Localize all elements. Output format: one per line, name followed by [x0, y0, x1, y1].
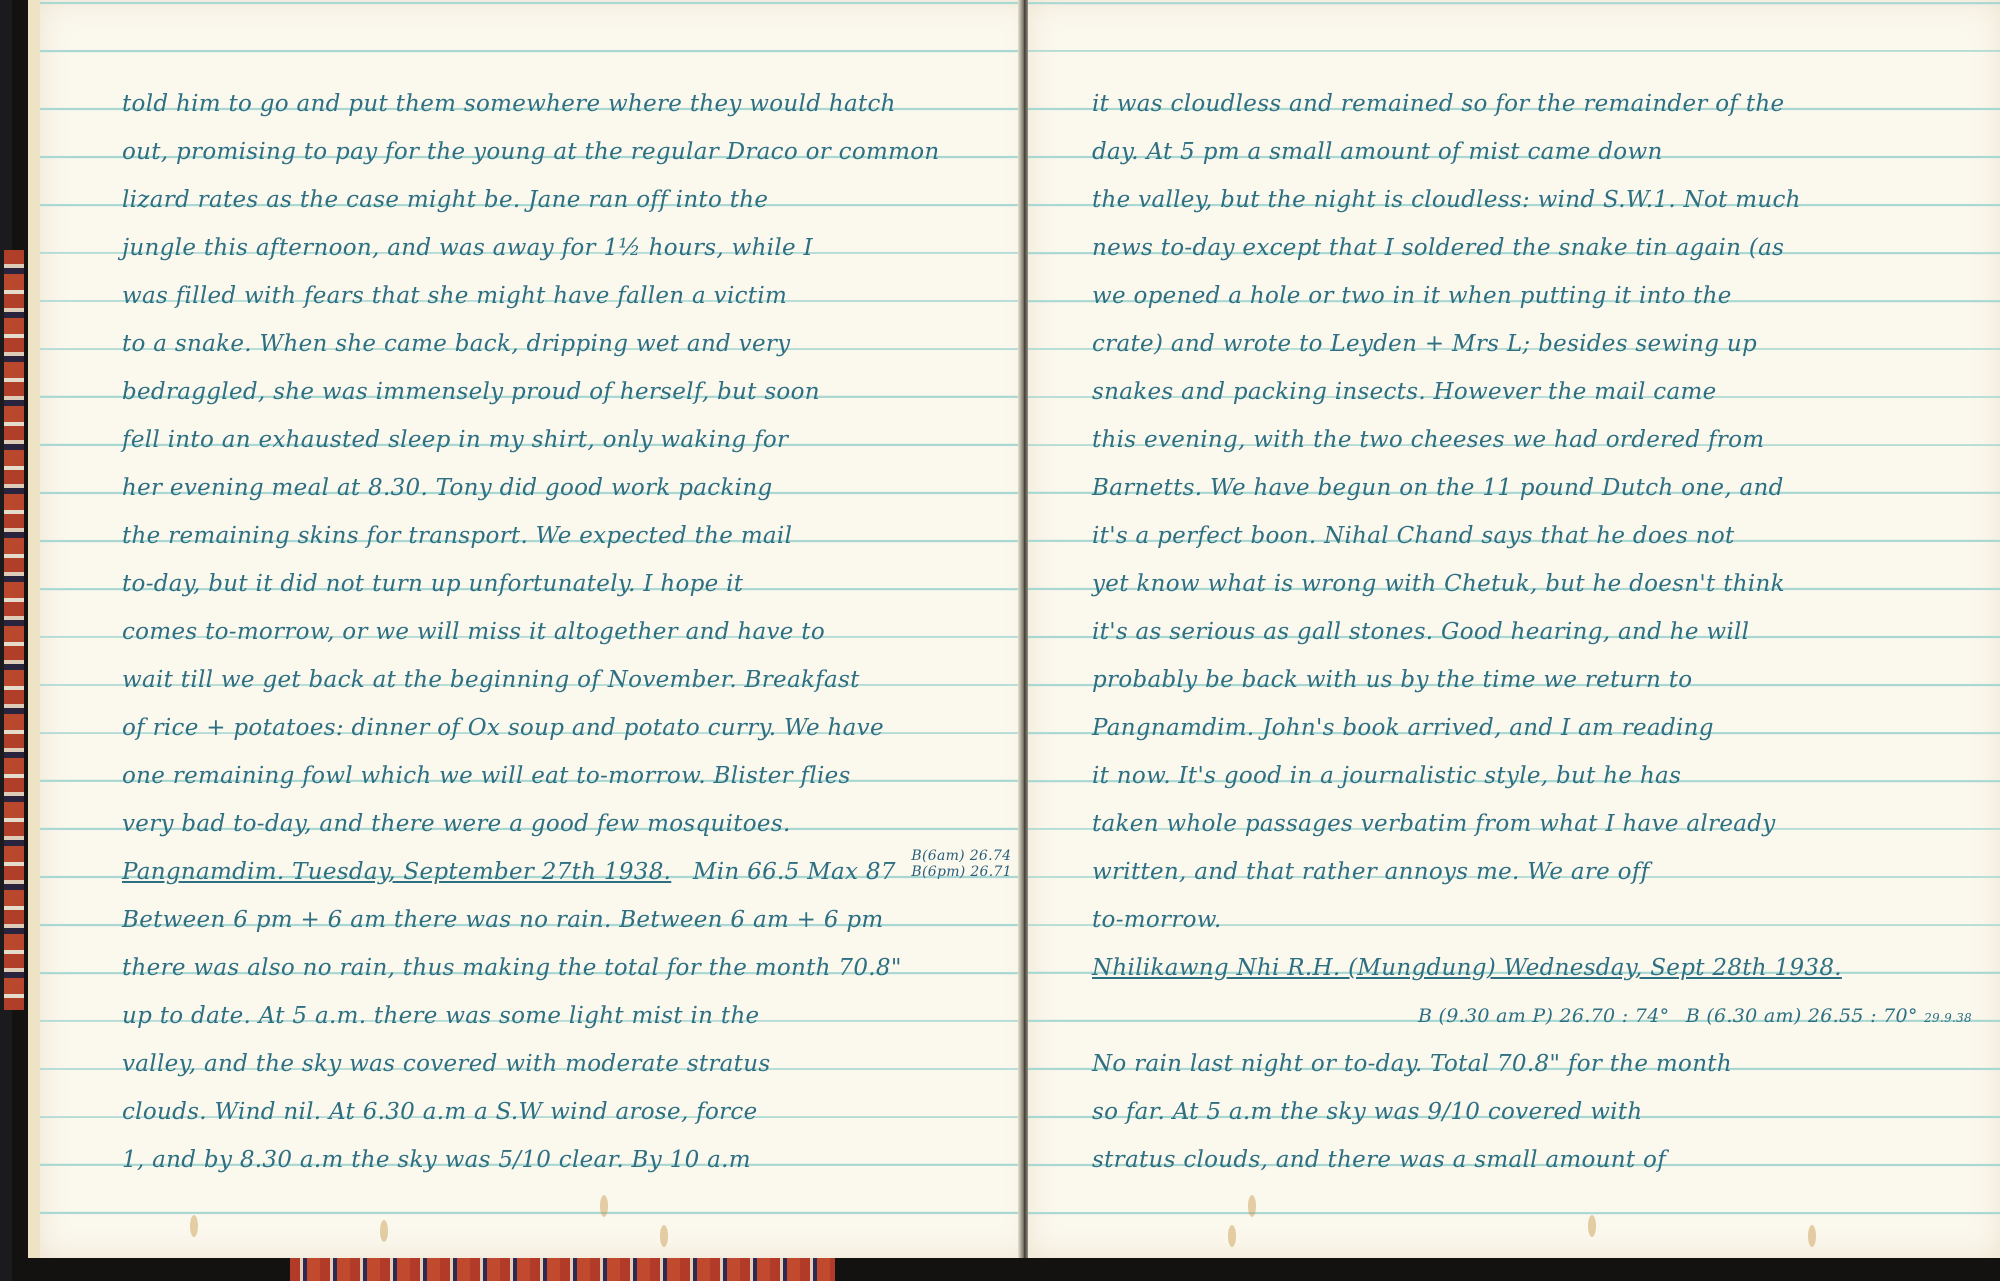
text-line: to-day, but it did not turn up unfortuna…	[122, 560, 1022, 608]
marbled-edge-left	[4, 250, 24, 1010]
text-line: so far. At 5 a.m the sky was 9/10 covere…	[1092, 1088, 1992, 1136]
foxing-stain	[1228, 1225, 1236, 1247]
text-line: to a snake. When she came back, dripping…	[122, 320, 1022, 368]
text-line: wait till we get back at the beginning o…	[122, 656, 1022, 704]
text-line: one remaining fowl which we will eat to-…	[122, 752, 1022, 800]
text-line: jungle this afternoon, and was away for …	[122, 224, 1022, 272]
text-line: No rain last night or to-day. Total 70.8…	[1092, 1040, 1992, 1088]
text-line-with-corrections: day. At 5 pm a small amount of mist came…	[1092, 128, 1992, 176]
temperature-reading: Min 66.5 Max 87	[693, 859, 896, 885]
foxing-stain	[1808, 1225, 1816, 1247]
text-line: was filled with fears that she might hav…	[122, 272, 1022, 320]
text-line: 1, and by 8.30 a.m the sky was 5/10 clea…	[122, 1136, 1022, 1184]
text-line: told him to go and put them somewhere wh…	[122, 80, 1022, 128]
text-line: Pangnamdim. John's book arrived, and I a…	[1092, 704, 1992, 752]
barometer-6am: B(6am) 26.74	[911, 848, 1011, 864]
text-line: Barnetts. We have begun on the 11 pound …	[1092, 464, 1992, 512]
text-line: Between 6 pm + 6 am there was no rain. B…	[122, 896, 1022, 944]
text-line: clouds. Wind nil. At 6.30 a.m a S.W wind…	[122, 1088, 1022, 1136]
foxing-stain	[190, 1215, 198, 1237]
text-line: it's a perfect boon. Nihal Chand says th…	[1092, 512, 1992, 560]
text-line: of rice + potatoes: dinner of Ox soup an…	[122, 704, 1022, 752]
text-line: it was cloudless and remained so for the…	[1092, 80, 1992, 128]
foxing-stain	[600, 1195, 608, 1217]
left-page-text: told him to go and put them somewhere wh…	[122, 80, 1022, 1184]
barometer-line: B (9.30 am P) 26.70 : 74° B (6.30 am) 26…	[1092, 992, 1992, 1040]
right-page: it was cloudless and remained so for the…	[1028, 0, 2000, 1258]
text-line: lizard rates as the case might be. Jane …	[122, 176, 1022, 224]
text-line: it's as serious as gall stones. Good hea…	[1092, 608, 1992, 656]
entry-heading: Pangnamdim. Tuesday, September 27th 1938…	[122, 859, 671, 885]
text-line: the remaining skins for transport. We ex…	[122, 512, 1022, 560]
barometer-6pm: B(6pm) 26.71	[911, 864, 1012, 880]
foxing-stain	[1588, 1215, 1596, 1237]
text-line: day. At 5 pm a small amount of mist came…	[1092, 139, 1663, 165]
text-line: up to date. At 5 a.m. there was some lig…	[122, 992, 1022, 1040]
foxing-stain	[380, 1220, 388, 1242]
barometer-readings: B(6am) 26.74 B(6pm) 26.71	[911, 848, 1012, 880]
left-page: told him to go and put them somewhere wh…	[28, 0, 1035, 1258]
entry-heading-row: Nhilikawng Nhi R.H. (Mungdung) Wednesday…	[1092, 944, 1992, 992]
text-line: out, promising to pay for the young at t…	[122, 128, 1022, 176]
text-line: yet know what is wrong with Chetuk, but …	[1092, 560, 1992, 608]
text-line: this evening, with the two cheeses we ha…	[1092, 416, 1992, 464]
text-line: taken whole passages verbatim from what …	[1092, 800, 1992, 848]
text-line: bedraggled, she was immensely proud of h…	[122, 368, 1022, 416]
text-line: stratus clouds, and there was a small am…	[1092, 1136, 1992, 1184]
text-line: fell into an exhausted sleep in my shirt…	[122, 416, 1022, 464]
text-line: snakes and packing insects. However the …	[1092, 368, 1992, 416]
entry-heading-row: Pangnamdim. Tuesday, September 27th 1938…	[122, 848, 1022, 896]
text-line: crate) and wrote to Leyden + Mrs L; besi…	[1092, 320, 1992, 368]
text-line: very bad to-day, and there were a good f…	[122, 800, 1022, 848]
text-line: news to-day except that I soldered the s…	[1092, 224, 1992, 272]
marbled-edge-bottom	[290, 1258, 835, 1281]
text-line: comes to-morrow, or we will miss it alto…	[122, 608, 1022, 656]
text-line: probably be back with us by the time we …	[1092, 656, 1992, 704]
foxing-stain	[660, 1225, 668, 1247]
entry-heading: Nhilikawng Nhi R.H. (Mungdung) Wednesday…	[1092, 955, 1842, 981]
text-line: her evening meal at 8.30. Tony did good …	[122, 464, 1022, 512]
barometer-reading-left: B (9.30 am P) 26.70 : 74°	[1418, 1005, 1669, 1027]
text-line: the valley, but the night is cloudless: …	[1092, 176, 1992, 224]
barometer-reading-right: B (6.30 am) 26.55 : 70°	[1686, 1005, 1918, 1027]
text-line: valley, and the sky was covered with mod…	[122, 1040, 1022, 1088]
foxing-stain	[1248, 1195, 1256, 1217]
text-line: to-morrow.	[1092, 896, 1992, 944]
text-line: it now. It's good in a journalistic styl…	[1092, 752, 1992, 800]
right-page-text: it was cloudless and remained so for the…	[1092, 80, 1992, 1184]
barometer-date-note: 29.9.38	[1924, 1011, 1972, 1025]
text-line: there was also no rain, thus making the …	[122, 944, 1022, 992]
text-line: we opened a hole or two in it when putti…	[1092, 272, 1992, 320]
text-line: written, and that rather annoys me. We a…	[1092, 848, 1992, 896]
